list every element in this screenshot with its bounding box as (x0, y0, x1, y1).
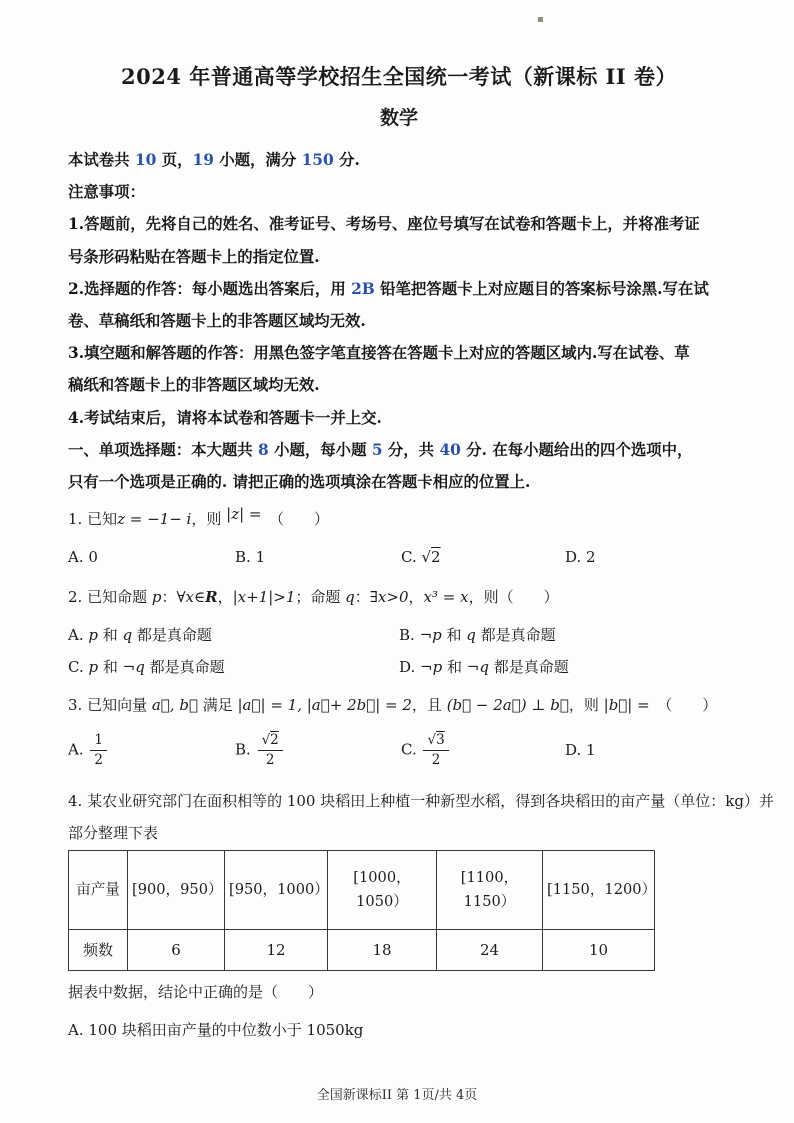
section-1-heading-line-1: 一、单项选择题：本大题共 8 小题，每小题 5 分，共 40 分. 在每小题给出… (68, 434, 730, 466)
fraction: √32 (423, 732, 448, 769)
option-text: 和 (442, 626, 467, 644)
table-frequency-cell: 24 (437, 930, 543, 971)
question-4-stem-line-2: 部分整理下表 (68, 820, 730, 846)
table-frequency-cell: 18 (328, 930, 437, 971)
sqrt-radicand: 3 (436, 732, 445, 748)
yield-frequency-table: 亩产量 [900，950） [950，1000） [1000，1050） [11… (68, 850, 655, 971)
section-1-count: 8 (258, 441, 269, 459)
exam-info-text: 本试卷共 (68, 151, 135, 169)
option-math: q (466, 626, 476, 644)
question-2-options-row-2: C. p 和 ¬q 都是真命题 D. ¬p 和 ¬q 都是真命题 (68, 654, 730, 680)
notice-item-2-pencil: 2B (351, 280, 375, 298)
page-title: 2024 年普通高等学校招生全国统一考试（新课标 II 卷） (68, 62, 730, 92)
table-interval-cell: [1000，1050） (328, 851, 437, 930)
notice-item-2-line-1: 2.选择题的作答：每小题选出答案后，用 2B 铅笔把答题卡上对应题目的答案标号涂… (68, 273, 730, 305)
table-interval-cell: [950，1000） (225, 851, 328, 930)
question-3-option-a: A. 12 (68, 732, 235, 769)
sqrt-expression: √2 (421, 548, 440, 566)
math-forall: ∀x∈ (176, 588, 205, 606)
section-1-points-each: 5 (372, 441, 383, 459)
question-4-conclusion-line: 据表中数据，结论中正确的是（ ） (68, 979, 730, 1005)
option-math: p (88, 626, 98, 644)
exam-info-text: 小题，满分 (214, 151, 302, 169)
fraction-numerator: √3 (423, 732, 448, 751)
question-1-text: 1. 已知 (68, 510, 117, 528)
section-1-text: 一、单项选择题：本大题共 (68, 441, 258, 459)
option-text: 都是真命题 (145, 658, 225, 676)
table-frequency-row: 频数 6 12 18 24 10 (69, 930, 655, 971)
option-label: A. (68, 626, 88, 644)
option-label: C. (401, 548, 421, 566)
question-2-options-row-1: A. p 和 q 都是真命题 B. ¬p 和 q 都是真命题 (68, 622, 730, 648)
math-abs-inequality: |x+1|>1 (233, 588, 296, 606)
sqrt-radicand: 2 (270, 732, 279, 748)
section-1-text: 小题，每小题 (269, 441, 372, 459)
notice-heading: 注意事项： (68, 176, 730, 208)
table-header-frequency: 频数 (69, 930, 128, 971)
notice-item-2-line-2: 卷、草稿纸和答题卡上的非答题区域均无效. (68, 305, 730, 337)
question-3-text: 满足 (198, 696, 238, 714)
question-2-text: ： (355, 588, 370, 606)
question-3-option-c: C. √32 (401, 732, 565, 769)
fraction-numerator: √2 (258, 732, 283, 751)
option-text: 和 (98, 658, 123, 676)
table-header-row: 亩产量 [900，950） [950，1000） [1000，1050） [11… (69, 851, 655, 930)
page-footer: 全国新课标II 第 1页/共 4页 (0, 1084, 794, 1103)
exam-subject: 数学 (68, 104, 730, 132)
question-2-stem: 2. 已知命题 p：∀x∈R，|x+1|>1；命题 q：∃x>0，x³ = x，… (68, 584, 730, 610)
question-1-answer-blank: （ ） (262, 510, 330, 528)
option-text: 都是真命题 (476, 626, 556, 644)
question-2-text: ， (409, 588, 424, 606)
table-header-yield: 亩产量 (69, 851, 128, 930)
section-1-points-total: 40 (439, 441, 460, 459)
table-frequency-cell: 10 (543, 930, 655, 971)
exam-paper-page: 2024 年普通高等学校招生全国统一考试（新课标 II 卷） 数学 本试卷共 1… (0, 0, 794, 1123)
option-label: D. (399, 658, 420, 676)
math-norms: |a⃗| = 1, |a⃗+ 2b⃗| = 2 (238, 696, 412, 714)
option-text: 和 (98, 626, 123, 644)
question-3-text: 3. 已知向量 (68, 696, 152, 714)
table-interval-cell: [1100，1150） (437, 851, 543, 930)
table-interval-cell: [1150，1200） (543, 851, 655, 930)
fraction: √22 (258, 732, 283, 769)
math-q: q (345, 588, 355, 606)
question-2-text: 2. 已知命题 (68, 588, 152, 606)
exam-info-text: 页， (156, 151, 192, 169)
option-math: ¬q (123, 658, 145, 676)
question-1-option-d: D. 2 (565, 544, 730, 570)
notice-item-2-text: 2.选择题的作答：每小题选出答案后，用 (68, 280, 351, 298)
question-2-text: ；命题 (295, 588, 345, 606)
question-1-options: A. 0 B. 1 C. √2 D. 2 (68, 544, 730, 570)
table-frequency-cell: 6 (128, 930, 225, 971)
question-4-option-a: A. 100 块稻田亩产量的中位数小于 1050kg (68, 1017, 730, 1043)
option-label: B. (235, 548, 256, 566)
option-label: C. (401, 740, 421, 758)
section-1-heading-line-2: 只有一个选项是正确的. 请把正确的选项填涂在答题卡相应的位置上. (68, 466, 730, 498)
sqrt-radicand: 2 (431, 548, 441, 566)
notice-item-1-line-1: 1.答题前，先将自己的姓名、准考证号、考场号、座位号填写在试卷和答题卡上，并将准… (68, 208, 730, 240)
question-4-stem-line-1: 4. 某农业研究部门在面积相等的 100 块稻田上种植一种新型水稻，得到各块稻田… (68, 788, 730, 814)
option-label: D. (565, 548, 586, 566)
option-label: B. (235, 740, 256, 758)
page-content: 2024 年普通高等学校招生全国统一考试（新课标 II 卷） 数学 本试卷共 1… (0, 62, 794, 1043)
option-label: A. (68, 548, 88, 566)
fraction-denominator: 2 (90, 751, 107, 769)
math-exists: ∃x>0 (370, 588, 409, 606)
question-2-option-b: B. ¬p 和 q 都是真命题 (399, 622, 730, 648)
exam-info-pages: 10 (135, 151, 156, 169)
question-2-option-d: D. ¬p 和 ¬q 都是真命题 (399, 654, 730, 680)
math-norm-b: |b⃗| = (604, 696, 650, 714)
notice-item-4: 4.考试结束后，请将本试卷和答题卡一并上交. (68, 402, 730, 434)
notice-item-3-line-1: 3.填空题和解答题的作答：用黑色签字笔直接答在答题卡上对应的答题区域内.写在试卷… (68, 337, 730, 369)
notice-section: 本试卷共 10 页，19 小题，满分 150 分. 注意事项： 1.答题前，先将… (68, 144, 730, 498)
sqrt-sign: √ (262, 732, 271, 748)
exam-info-text: 分. (334, 151, 360, 169)
question-3-option-d: D. 1 (565, 737, 730, 763)
question-3-stem: 3. 已知向量 a⃗, b⃗ 满足 |a⃗| = 1, |a⃗+ 2b⃗| = … (68, 692, 730, 718)
option-math: p (88, 658, 98, 676)
option-value: 1 (586, 741, 596, 759)
fraction: 12 (90, 732, 107, 769)
question-3-text: ，且 (412, 696, 447, 714)
question-1-option-c: C. √2 (401, 544, 565, 570)
sqrt-sign: √ (427, 732, 436, 748)
math-cubic: x³ = x (424, 588, 469, 606)
sqrt-sign: √ (421, 548, 431, 566)
question-3-answer-blank: （ ） (650, 696, 718, 714)
option-label: B. (399, 626, 420, 644)
math-reals: R (205, 588, 217, 606)
question-1-stem: 1. 已知z = −1− i，则 |z| = （ ） (68, 504, 730, 534)
section-1-text: 分，共 (383, 441, 440, 459)
question-2-text: ， (218, 588, 233, 606)
option-text: 都是真命题 (489, 658, 569, 676)
option-math: ¬p (420, 658, 442, 676)
option-value: 0 (88, 548, 98, 566)
question-2-text: ： (161, 588, 176, 606)
question-1-math-modz: |z| = (226, 505, 261, 523)
question-1-option-a: A. 0 (68, 544, 235, 570)
exam-info-questions: 19 (192, 151, 213, 169)
question-3-option-b: B. √22 (235, 732, 401, 769)
table-frequency-cell: 12 (225, 930, 328, 971)
table-interval-cell: [900，950） (128, 851, 225, 930)
notice-item-1-line-2: 号条形码粘贴在答题卡上的指定位置. (68, 241, 730, 273)
question-2-answer-blank: ，则（ ） (469, 588, 559, 606)
option-text: 都是真命题 (132, 626, 212, 644)
section-1-text: 分. 在每小题给出的四个选项中， (461, 441, 693, 459)
option-text: 和 (442, 658, 467, 676)
option-label: C. (68, 658, 88, 676)
option-label: D. (565, 741, 586, 759)
option-math: ¬q (467, 658, 489, 676)
scan-artifact-dot (538, 17, 543, 22)
fraction-denominator: 2 (423, 751, 448, 769)
notice-item-2-text: 铅笔把答题卡上对应题目的答案标号涂黑.写在试 (375, 280, 709, 298)
option-label: A. (68, 740, 88, 758)
option-value: 1 (256, 548, 266, 566)
question-2-option-a: A. p 和 q 都是真命题 (68, 622, 399, 648)
exam-info-score: 150 (302, 151, 334, 169)
fraction-numerator: 1 (90, 732, 107, 751)
question-1-math-z: z = −1− i (117, 510, 191, 528)
question-1-option-b: B. 1 (235, 544, 401, 570)
math-vectors: a⃗, b⃗ (152, 696, 198, 714)
question-2-option-c: C. p 和 ¬q 都是真命题 (68, 654, 399, 680)
exam-info-line: 本试卷共 10 页，19 小题，满分 150 分. (68, 144, 730, 176)
option-math: q (123, 626, 133, 644)
question-3-text: ，则 (569, 696, 604, 714)
option-value: 2 (586, 548, 596, 566)
option-math: ¬p (420, 626, 442, 644)
fraction-denominator: 2 (258, 751, 283, 769)
math-perpendicular: (b⃗ − 2a⃗) ⊥ b⃗ (447, 696, 569, 714)
question-1-text: ，则 (191, 510, 226, 528)
question-3-options: A. 12 B. √22 C. √32 D. 1 (68, 726, 730, 774)
notice-item-3-line-2: 稿纸和答题卡上的非答题区域均无效. (68, 369, 730, 401)
